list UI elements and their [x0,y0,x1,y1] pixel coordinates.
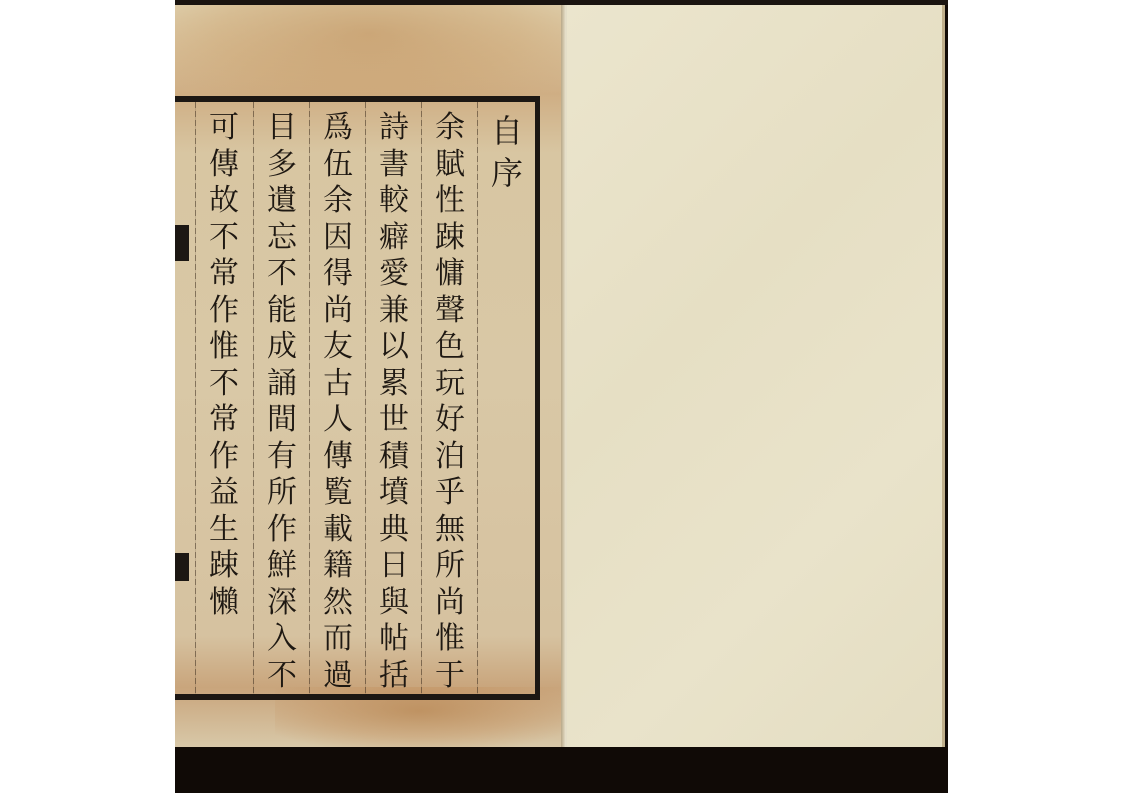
book-scan: 自 序 余 賦 性 踈 慵 聲 色 玩 好 泊 乎 無 所 尚 惟 于 [175,0,948,793]
char: 詩 [367,110,421,147]
char: 無 [423,512,477,549]
char: 益 [197,475,251,512]
char: 古 [311,366,365,403]
char: 不 [255,658,309,695]
char: 常 [197,256,251,293]
column-rule [477,102,478,694]
char: 目 [255,110,309,147]
char: 有 [255,439,309,476]
char: 世 [367,402,421,439]
char: 積 [367,439,421,476]
char: 生 [197,512,251,549]
char: 友 [311,329,365,366]
char: 較 [367,183,421,220]
char: 聲 [423,293,477,330]
char: 覧 [311,475,365,512]
char: 不 [197,220,251,257]
char: 可 [197,110,251,147]
char: 帖 [367,621,421,658]
printed-border-frame: 自 序 余 賦 性 踈 慵 聲 色 玩 好 泊 乎 無 所 尚 惟 于 [175,96,540,700]
char: 慵 [423,256,477,293]
char: 不 [255,256,309,293]
left-page: 自 序 余 賦 性 踈 慵 聲 色 玩 好 泊 乎 無 所 尚 惟 于 [175,5,563,747]
text-column-3: 爲 伍 余 因 得 尚 友 古 人 傳 覧 載 籍 然 而 過 [311,102,365,694]
char: 余 [423,110,477,147]
right-page-blank [567,5,945,747]
char: 作 [255,512,309,549]
page-edge [942,5,945,747]
title-column: 自 序 [480,102,534,694]
title-char: 自 [480,110,534,152]
char: 乎 [423,475,477,512]
char: 故 [197,183,251,220]
char: 深 [255,585,309,622]
bottom-dark-background [175,747,948,793]
char: 常 [197,402,251,439]
char: 余 [311,183,365,220]
water-stain-top [175,5,563,100]
char: 書 [367,147,421,184]
char: 籍 [311,548,365,585]
text-column-4: 目 多 遺 忘 不 能 成 誦 間 有 所 作 鮮 深 入 不 [255,102,309,694]
char: 作 [197,439,251,476]
column-rule [253,102,254,694]
char: 尚 [423,585,477,622]
char: 兼 [367,293,421,330]
char: 傳 [311,439,365,476]
char: 好 [423,402,477,439]
char: 人 [311,402,365,439]
char: 忘 [255,220,309,257]
char: 惟 [197,329,251,366]
char: 鮮 [255,548,309,585]
char: 誦 [255,366,309,403]
char: 作 [197,293,251,330]
char: 惟 [423,621,477,658]
column-rule [365,102,366,694]
char: 成 [255,329,309,366]
char: 遺 [255,183,309,220]
char: 過 [311,658,365,695]
char: 性 [423,183,477,220]
char: 與 [367,585,421,622]
char: 而 [311,621,365,658]
char: 泊 [423,439,477,476]
char: 傳 [197,147,251,184]
char: 尚 [311,293,365,330]
char: 括 [367,658,421,695]
text-column-2: 詩 書 較 癖 愛 兼 以 累 世 積 墳 典 日 與 帖 括 [367,102,421,694]
char: 然 [311,585,365,622]
char: 踈 [197,548,251,585]
char: 伍 [311,147,365,184]
char: 日 [367,548,421,585]
column-rule [195,102,196,694]
char: 所 [255,475,309,512]
char: 入 [255,621,309,658]
char: 得 [311,256,365,293]
text-column-5: 可 傳 故 不 常 作 惟 不 常 作 益 生 踈 懶 [197,102,251,694]
char: 爲 [311,110,365,147]
char: 玩 [423,366,477,403]
char: 墳 [367,475,421,512]
char: 因 [311,220,365,257]
char: 載 [311,512,365,549]
char: 踈 [423,220,477,257]
text-column-1: 余 賦 性 踈 慵 聲 色 玩 好 泊 乎 無 所 尚 惟 于 [423,102,477,694]
column-rule [309,102,310,694]
title-char: 序 [480,152,534,194]
char: 所 [423,548,477,585]
char: 癖 [367,220,421,257]
char: 能 [255,293,309,330]
char: 以 [367,329,421,366]
char: 多 [255,147,309,184]
char: 不 [197,366,251,403]
char: 累 [367,366,421,403]
char: 間 [255,402,309,439]
char: 于 [423,658,477,695]
char: 愛 [367,256,421,293]
char: 懶 [197,585,251,622]
char: 典 [367,512,421,549]
char: 賦 [423,147,477,184]
char: 色 [423,329,477,366]
column-rule [421,102,422,694]
